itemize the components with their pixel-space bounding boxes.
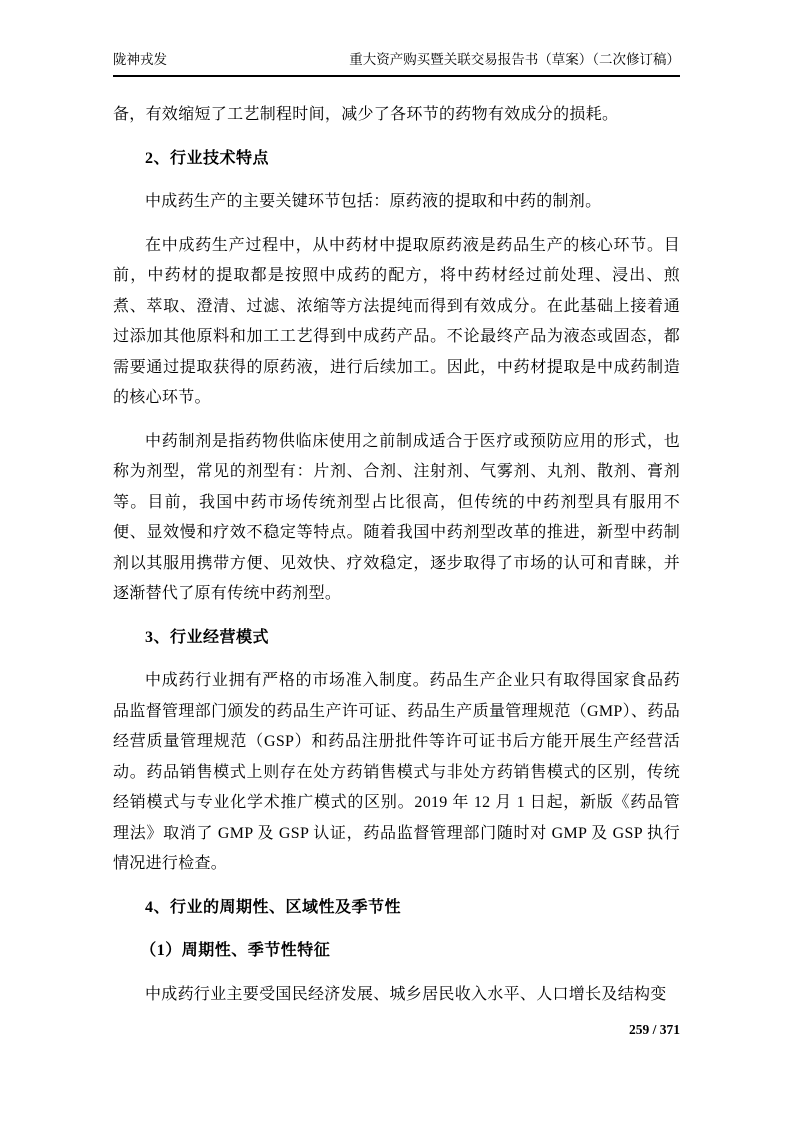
page-number: 259 / 371 [629, 1022, 680, 1037]
header-company-name: 陇神戎发 [113, 50, 167, 70]
paragraph-extraction-process: 在中成药生产过程中，从中药材中提取原药液是药品生产的核心环节。目前，中药材的提取… [113, 231, 680, 414]
paragraph-preparation-forms: 中药制剂是指药物供临床使用之前制成适合于医疗或预防应用的形式，也称为剂型，常见的… [113, 427, 680, 610]
document-body: 备，有效缩短了工艺制程时间，减少了各环节的药物有效成分的损耗。 2、行业技术特点… [113, 100, 680, 1023]
document-page: 陇神戎发 重大资产购买暨关联交易报告书（草案）（二次修订稿） 备，有效缩短了工艺… [0, 0, 793, 1122]
paragraph-industry-drivers: 中成药行业主要受国民经济发展、城乡居民收入水平、人口增长及结构变 [113, 980, 680, 1011]
page-header: 陇神戎发 重大资产购买暨关联交易报告书（草案）（二次修订稿） [113, 50, 680, 77]
section-heading-periodicity: 4、行业的周期性、区域性及季节性 [113, 893, 680, 924]
page-footer: 259 / 371 [113, 1022, 680, 1038]
section-heading-business-model: 3、行业经营模式 [113, 623, 680, 654]
paragraph-key-steps: 中成药生产的主要关键环节包括：原药液的提取和中药的制剂。 [113, 187, 680, 218]
header-report-title: 重大资产购买暨关联交易报告书（草案）（二次修订稿） [349, 50, 680, 70]
section-heading-technical-features: 2、行业技术特点 [113, 144, 680, 175]
paragraph-market-access: 中成药行业拥有严格的市场准入制度。药品生产企业只有取得国家食品药品监督管理部门颁… [113, 666, 680, 880]
subsection-heading-seasonal-features: （1）周期性、季节性特征 [113, 936, 680, 967]
paragraph-continuation: 备，有效缩短了工艺制程时间，减少了各环节的药物有效成分的损耗。 [113, 100, 680, 131]
